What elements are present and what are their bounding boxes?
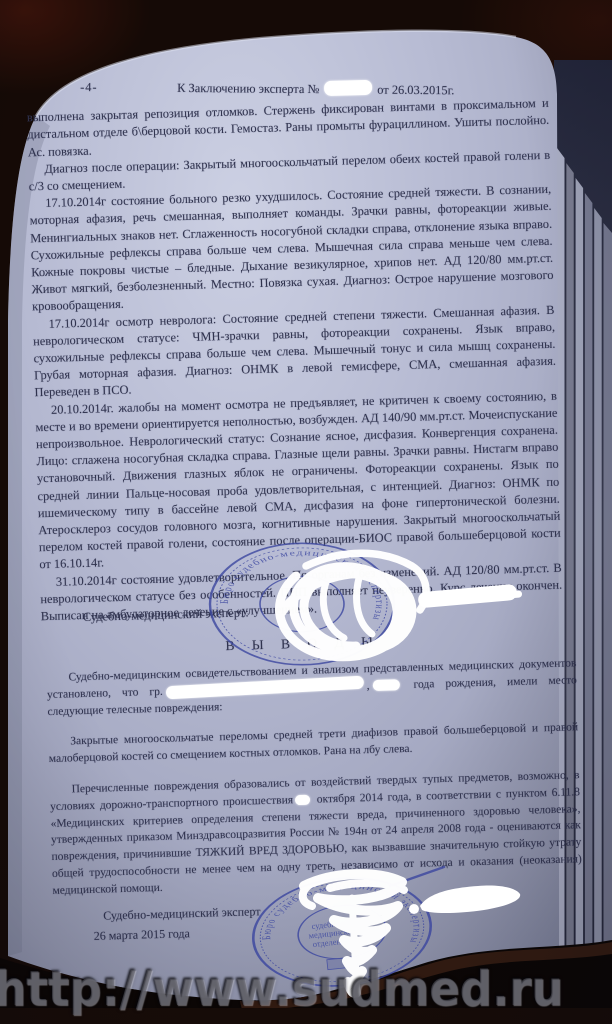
redaction-expert-name-2	[409, 885, 520, 914]
sudmed-watermark: http://www.sudmed.ru	[0, 960, 612, 1016]
photo-of-document: -4- К Заключению эксперта №от 26.03.2015…	[0, 0, 612, 1024]
ink-and-redactions-overlay: Бюро судебно-медицинской экспертизы Бю	[0, 0, 612, 1024]
redaction-expert-name-1	[417, 583, 522, 608]
scribble-over-middle-stamp	[279, 553, 426, 657]
